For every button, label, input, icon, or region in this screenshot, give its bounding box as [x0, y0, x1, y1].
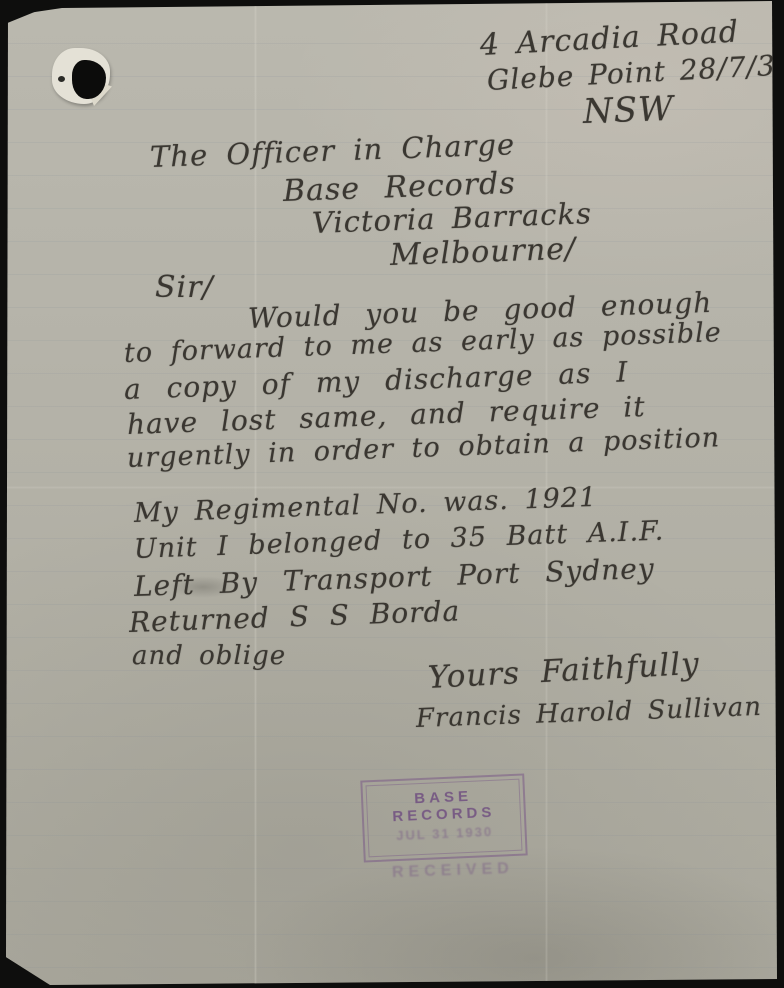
- base-records-stamp: BASE RECORDS JUL 31 1930: [360, 773, 527, 862]
- service-detail-oblige: and oblige: [132, 641, 286, 671]
- stamp-title: BASE RECORDS: [363, 786, 524, 827]
- letter-paper: 4 Arcadia Road Glebe Point 28/7/30 NSW T…: [0, 0, 784, 988]
- sender-address-line-3: NSW: [582, 89, 674, 132]
- recipient-line-4: Melbourne/: [389, 232, 576, 273]
- paper-speck: [58, 76, 65, 82]
- scanned-letter-page: 4 Arcadia Road Glebe Point 28/7/30 NSW T…: [0, 0, 784, 988]
- salutation: Sir/: [155, 270, 214, 305]
